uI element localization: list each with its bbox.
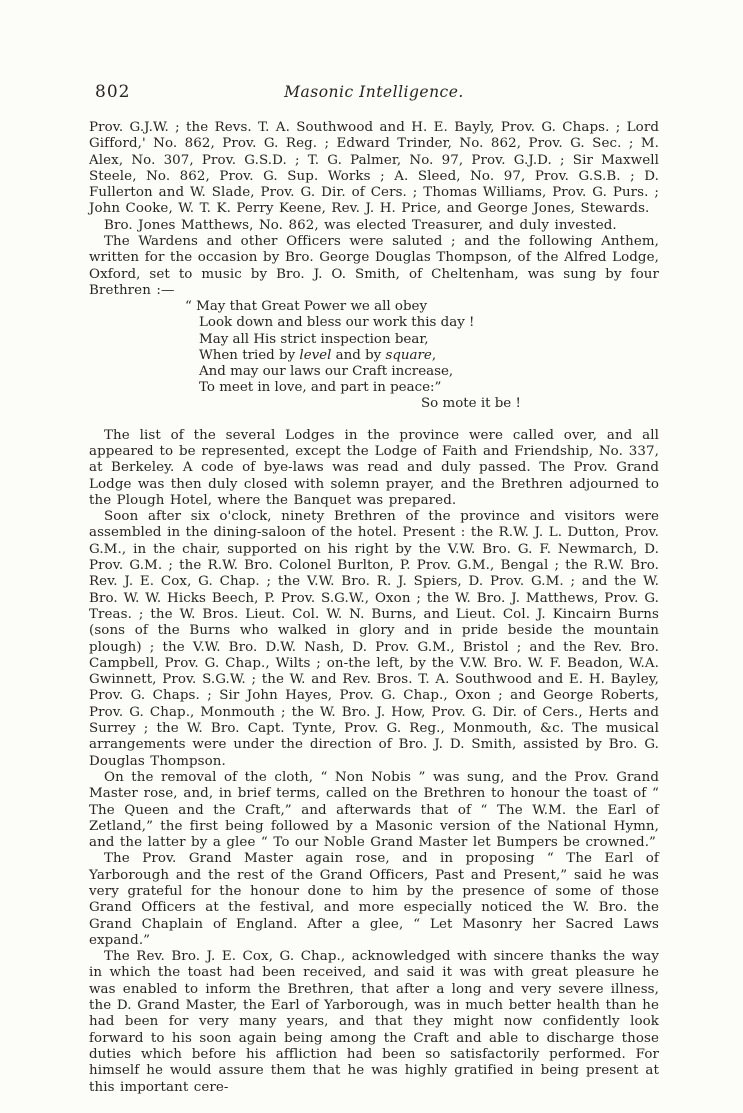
verse-line: May all His strict inspection bear, (199, 332, 659, 348)
scanned-document-page: 802 Masonic Intelligence. Prov. G.J.W. ;… (0, 0, 743, 1113)
verse-line: “ May that Great Power we all obey (185, 299, 659, 315)
anthem-verse: “ May that Great Power we all obey Look … (199, 299, 659, 412)
verse-line: To meet in love, and part in peace:” (199, 380, 659, 396)
paragraph-cox-reply: The Rev. Bro. J. E. Cox, G. Chap., ackno… (89, 949, 659, 1096)
paragraph-treasurer: Bro. Jones Matthews, No. 862, was electe… (89, 218, 659, 234)
paragraph-toasts: On the removal of the cloth, “ Non Nobis… (89, 770, 659, 851)
italic-word-level: level (299, 348, 331, 363)
paragraph-anthem-intro: The Wardens and other Officers were salu… (89, 234, 659, 299)
verse-line: Look down and bless our work this day ! (199, 315, 659, 331)
paragraph-grand-officers-toast: The Prov. Grand Master again rose, and i… (89, 851, 659, 949)
paragraph-lodges-list: The list of the several Lodges in the pr… (89, 428, 659, 509)
paragraph-banquet: Soon after six o'clock, ninety Brethren … (89, 509, 659, 770)
verse-line: And may our laws our Craft increase, (199, 364, 659, 380)
verse-line: When tried by level and by square, (199, 348, 659, 364)
page-title: Masonic Intelligence. (89, 83, 659, 101)
paragraph-officers-list: Prov. G.J.W. ; the Revs. T. A. Southwood… (89, 120, 659, 218)
verse-motto: So mote it be ! (421, 396, 659, 412)
text-block: 802 Masonic Intelligence. Prov. G.J.W. ;… (89, 82, 659, 1096)
running-head: 802 Masonic Intelligence. (89, 82, 659, 104)
italic-word-square: square (385, 348, 431, 363)
